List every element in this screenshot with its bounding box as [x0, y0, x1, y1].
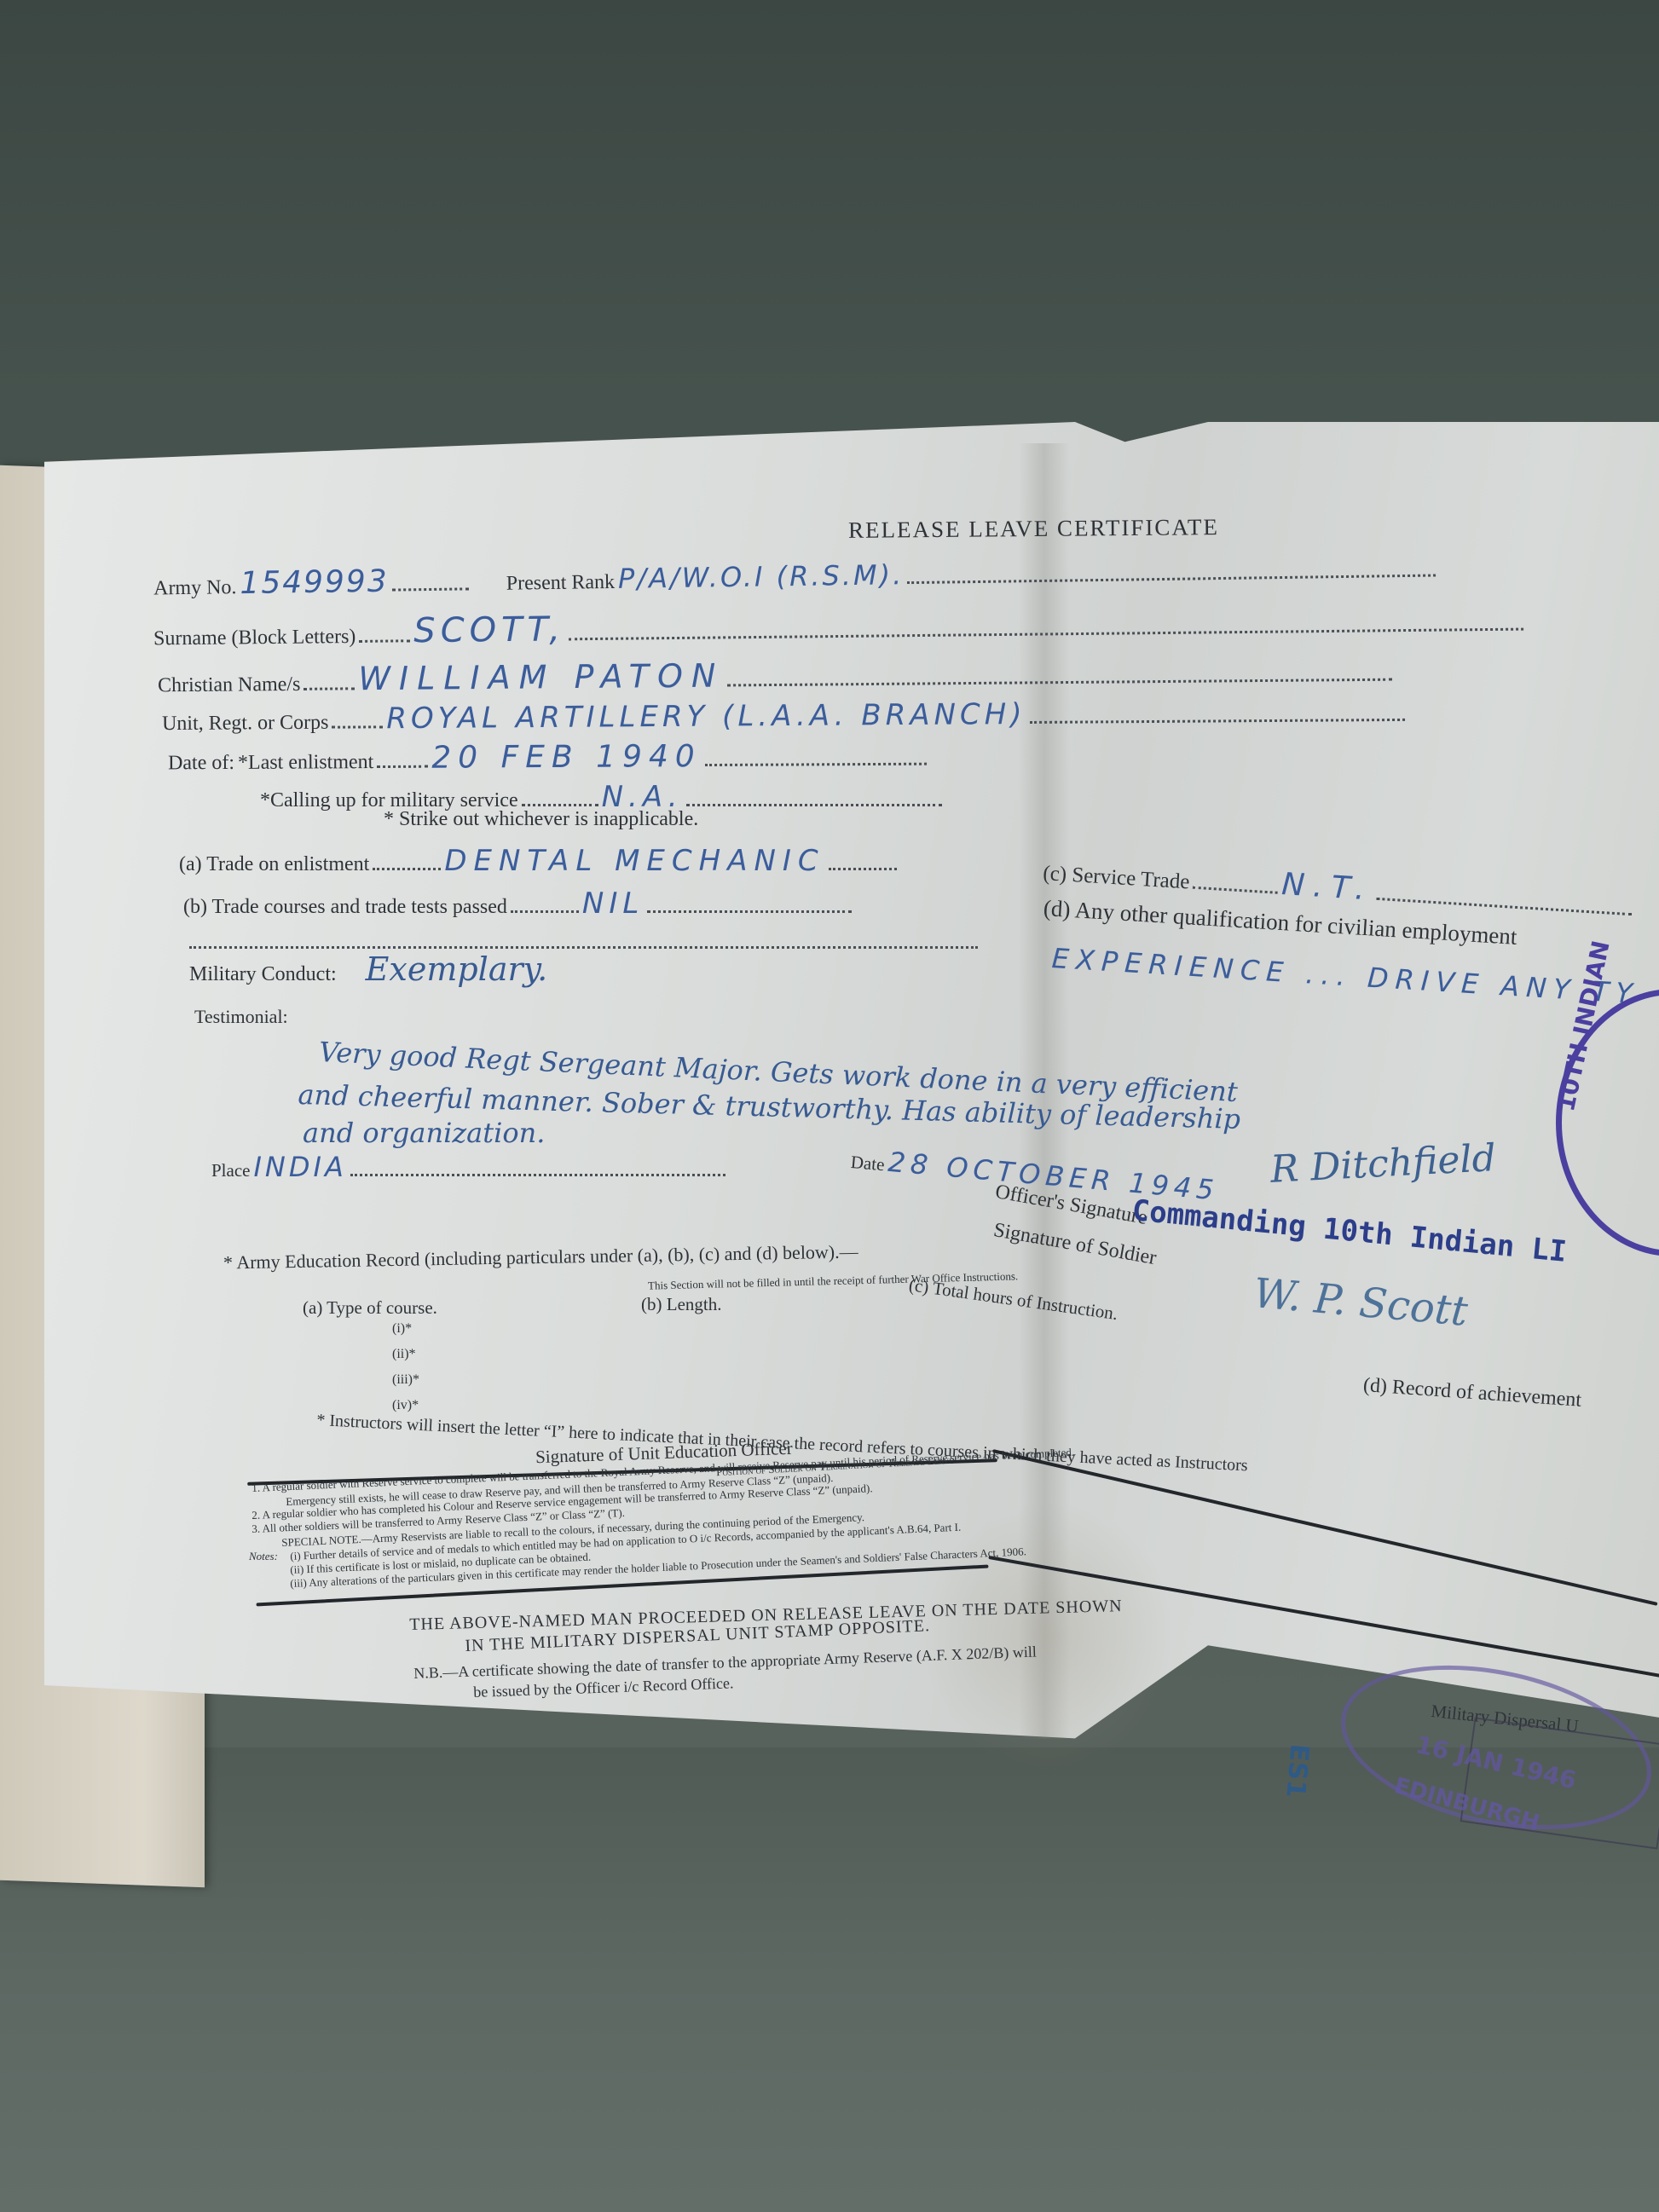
- unit-label: Unit, Regt. or Corps: [162, 712, 329, 735]
- strike-out-note: * Strike out whichever is inapplicable.: [384, 808, 698, 831]
- dotted-line: [705, 763, 927, 766]
- place-value: INDIA: [253, 1151, 346, 1183]
- dotted-line: [303, 687, 355, 690]
- military-conduct-value: Exemplary.: [366, 950, 548, 988]
- dotted-line: [392, 587, 469, 591]
- education-col-b: (b) Length.: [641, 1294, 721, 1315]
- last-enlistment-label: *Last enlistment: [238, 751, 373, 774]
- dotted-line: [829, 868, 897, 870]
- christian-names-label: Christian Name/s: [158, 673, 301, 696]
- last-enlistment-row: Date of: *Last enlistment 20 FEB 1940: [168, 738, 927, 777]
- dotted-line: [377, 765, 428, 768]
- trade-on-enlistment-label: (a) Trade on enlistment: [179, 853, 369, 875]
- service-trade-value: N.T.: [1280, 867, 1374, 907]
- lower-fold: [921, 1500, 1176, 1773]
- army-no-label: Army No.: [153, 576, 237, 599]
- trade-on-enlistment-value: DENTAL MECHANIC: [444, 844, 824, 878]
- education-row-ii: (ii)*: [392, 1347, 416, 1362]
- trade-on-enlistment-row: (a) Trade on enlistment DENTAL MECHANIC: [179, 844, 897, 878]
- place-label: Place: [211, 1160, 250, 1181]
- dotted-line: [511, 910, 579, 913]
- dotted-line: [727, 679, 1392, 687]
- dotted-line: [907, 574, 1436, 584]
- dotted-line: [1193, 887, 1278, 894]
- dotted-line: [350, 1174, 725, 1176]
- testimonial-line-3: and organization.: [303, 1117, 545, 1149]
- handwritten-mark: ES1: [1280, 1743, 1314, 1799]
- education-col-a: (a) Type of course.: [303, 1297, 437, 1319]
- present-rank-label: Present Rank: [506, 571, 616, 595]
- last-enlistment-value: 20 FEB 1940: [431, 739, 702, 776]
- dotted-line: [373, 868, 441, 870]
- dotted-line: [1030, 719, 1405, 724]
- dotted-line: [686, 804, 942, 806]
- education-row-iv: (iv)*: [392, 1398, 419, 1413]
- surname-label: Surname (Block Letters): [153, 626, 356, 650]
- dotted-line: [647, 910, 852, 913]
- notes-label: Notes:: [249, 1550, 278, 1563]
- military-conduct-label: Military Conduct:: [189, 963, 337, 985]
- unit-value: ROYAL ARTILLERY (L.A.A. BRANCH): [386, 697, 1026, 736]
- present-rank-value: P/A/W.O.I (R.S.M).: [618, 558, 905, 595]
- testimonial-label: Testimonial:: [194, 1006, 288, 1028]
- dotted-line: [359, 639, 410, 643]
- dotted-line: [569, 628, 1523, 641]
- dotted-line: [522, 804, 598, 806]
- army-no-value: 1549993: [240, 564, 389, 601]
- background-cloth: [0, 1747, 1659, 2212]
- military-conduct-row: Military Conduct: Exemplary.: [189, 950, 547, 988]
- date-label: Date: [850, 1152, 886, 1175]
- place-row: Place INDIA: [211, 1151, 725, 1183]
- trade-courses-label: (b) Trade courses and trade tests passed: [183, 896, 507, 918]
- education-row-iii: (iii)*: [392, 1372, 419, 1388]
- surname-value: SCOTT,: [413, 609, 565, 650]
- christian-names-value: WILLIAM PATON: [358, 657, 724, 698]
- education-row-i: (i)*: [392, 1321, 412, 1337]
- document-title: RELEASE LEAVE CERTIFICATE: [848, 514, 1219, 544]
- trade-courses-row: (b) Trade courses and trade tests passed…: [183, 887, 852, 921]
- trade-courses-value: NIL: [582, 887, 644, 921]
- date-of-label: Date of:: [168, 752, 234, 774]
- dotted-line: [332, 725, 383, 728]
